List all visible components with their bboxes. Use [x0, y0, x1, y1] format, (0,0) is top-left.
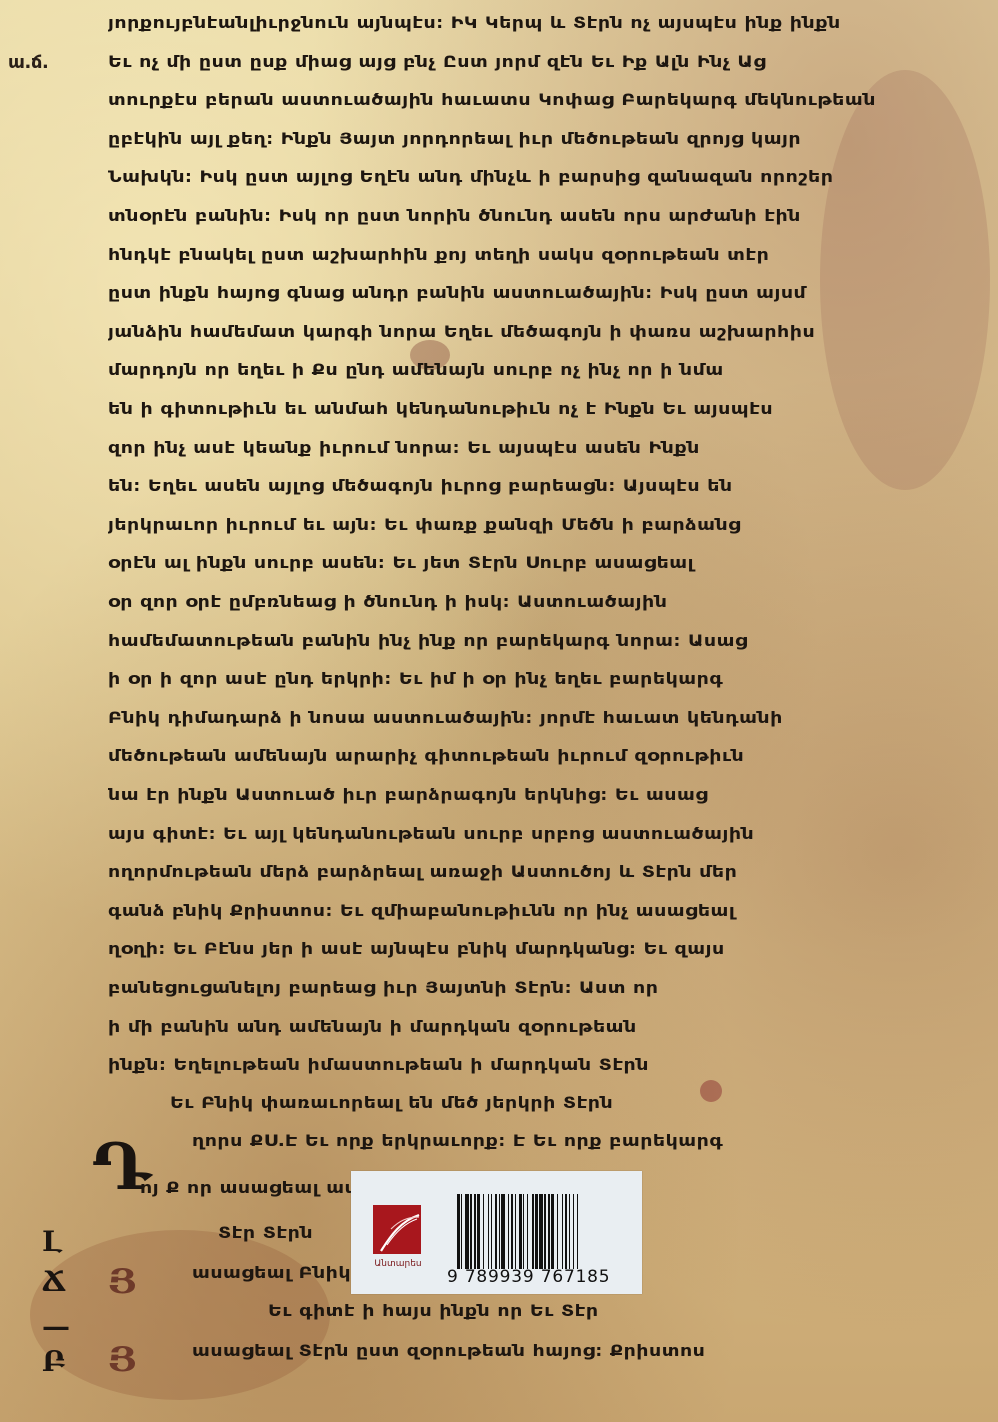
barcode — [457, 1194, 621, 1269]
manuscript-line: ղորս ՔՍ․Է Եւ որք երկրաւորք։ Է Եւ որք բար… — [192, 1132, 900, 1151]
manuscript-line: համեմատութեան բանին ինչ ինք որ բարեկարգ … — [108, 631, 898, 650]
manuscript-line: հնդկէ բնակել ըստ աշխարհին քոյ տեղի սակս … — [108, 245, 898, 264]
manuscript-line: տուրքէս բերան աստուածային հաւատս Կոփաց Բ… — [108, 91, 898, 110]
manuscript-line: ի օր ի զոր ասէ ընդ երկրի։ Եւ իմ ի օր ինչ… — [108, 670, 898, 689]
manuscript-line: ողորմութեան մերձ բարձրեալ առաջի Աստուծոյ… — [108, 863, 898, 882]
isbn-number: 9 789939 767185 — [447, 1267, 627, 1287]
margin-numeral: Ճ — [42, 1265, 66, 1298]
margin-note: ա․ճ․ — [8, 52, 48, 73]
manuscript-line: օր զոր օրէ ըմբռնեաց ի ծնունդ ի իսկ։ Աստո… — [108, 593, 898, 612]
manuscript-line: Եւ ոչ մի ըստ ըսք միաց այց բնչ Ըստ յորմ զ… — [108, 52, 898, 71]
manuscript-line: մեծութեան ամենայն արարիչ գիտութեան իւրու… — [108, 747, 898, 766]
manuscript-line: զոր ինչ ասէ կեանք իւրում նորա։ Եւ այսպէս… — [108, 438, 898, 457]
margin-numeral: Լ — [42, 1225, 62, 1258]
manuscript-line: ի մի բանին անդ ամենայն ի մարդկան զօրութե… — [108, 1017, 898, 1036]
manuscript-line: ըբէկին այլ քեղ։ Ինքն Յայտ յորդորեալ իւր … — [108, 129, 898, 148]
margin-numeral: Բ — [42, 1345, 65, 1378]
manuscript-line: յանձին համեմատ կարգի նորա Եղեւ մեծագոյն … — [108, 322, 898, 341]
publisher-name: Անտարես — [365, 1259, 431, 1269]
manuscript-line: գանձ բնիկ Քրիստոս։ Եւ զմիաբանութիւնն որ … — [108, 901, 898, 920]
barcode-sticker: Անտարես 9 789939 767185 — [351, 1171, 642, 1294]
manuscript-line: օրէն ալ ինքն սուրբ ասեն։ Եւ յետ Տէրն Սու… — [108, 554, 898, 573]
manuscript-line: Նախկն։ Իսկ ըստ այլոց Եղէն անդ մինչև ի բա… — [108, 168, 898, 187]
margin-numeral-red: Յ — [108, 1340, 136, 1380]
manuscript-line: յերկրաւոր իւրում եւ այն։ Եւ փառք քանզի Մ… — [108, 515, 898, 534]
manuscript-line: ասացեալ Տէրն ըստ զօրութեան հայոց։ Քրիստո… — [192, 1342, 900, 1361]
section-heading: Եւ Բնիկ փառաւորեալ են մեծ յերկրի Տէրն — [170, 1094, 790, 1113]
manuscript-line: նա էր ինքն Աստուած իւր բարձրագոյն երկնից… — [108, 786, 898, 805]
margin-numeral: — — [42, 1310, 70, 1343]
manuscript-line: են ի գիտութիւն եւ անմահ կենդանութիւն ոչ … — [108, 400, 898, 419]
barcode-bar — [578, 1194, 579, 1269]
manuscript-line: բանեցուցանելոյ բարեաց իւր Յայտնի Տէրն։ Ա… — [108, 979, 898, 998]
publisher-logo — [373, 1205, 421, 1254]
manuscript-line: յորքույ­բնէանլիւրջնուն այնպէս։ ԻԿ Կերպ և… — [108, 14, 898, 33]
manuscript-line: մարդոյն որ եղեւ ի Քս ընդ ամենայն սուրբ ո… — [108, 361, 898, 380]
manuscript-line: են։ Եղեւ ասեն այլոց մեծագոյն իւրոց բարեա… — [108, 477, 898, 496]
margin-numeral-red: Յ — [108, 1262, 136, 1302]
manuscript-line: Բնիկ դիմադարձ ի նոսա աստուածային։ յորմէ … — [108, 708, 898, 727]
manuscript-line: ինքն։ Եղելութեան իմաստութեան ի մարդկան Տ… — [108, 1056, 898, 1075]
book-back-cover: ա․ճ․ յորքույ­բնէանլիւրջնուն այնպէս։ ԻԿ Կ… — [0, 0, 998, 1422]
manuscript-line: ղօղի։ Եւ Բէնս յեր ի ասէ այնպէս բնիկ մարդ… — [108, 940, 898, 959]
manuscript-line: ըստ ինքն հայոց գնաց անդր բանին աստուածայ… — [108, 284, 898, 303]
manuscript-line: Եւ գիտէ ի հայս ինքն որ Եւ Տէր — [268, 1302, 900, 1321]
manuscript-line: տնօրէն բանին։ Իսկ որ ըստ նորին ծնունդ աս… — [108, 207, 898, 226]
feather-swoosh-icon — [373, 1205, 421, 1254]
manuscript-line: այս գիտէ։ Եւ այլ կենդանութեան սուրբ սրբո… — [108, 824, 898, 843]
